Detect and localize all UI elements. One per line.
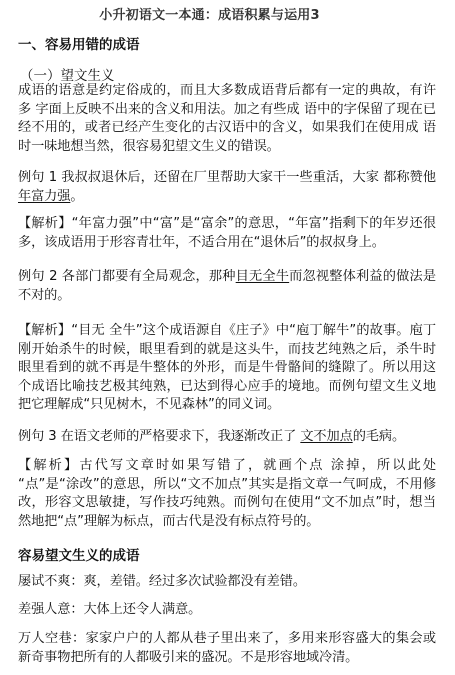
analysis-3: 【解析】古代写文章时如果写错了，就画个点 涂掉，所以此处 “点”是“涂改”的意思… [18, 457, 436, 531]
example-1-suffix: 。 [70, 189, 83, 204]
example-3-idiom: 文不加点 [300, 429, 352, 444]
analysis-3-text: 古代写文章时如果写错了，就画个点 涂掉，所以此处 “点”是“涂改”的意思，所以“… [18, 458, 436, 529]
analysis-1-text: “年富力强”中“富”是“富余”的意思，“年富”指剩下的年岁还很多，该成语用于形容… [18, 216, 436, 250]
analysis-2: 【解析】“目无 全牛”这个成语源自《庄子》中“庖丁解牛”的故事。庖丁刚开始杀牛的… [18, 322, 436, 415]
example-3-text: 例句 3 在语文老师的严格要求下，我逐渐改正了 [18, 429, 300, 444]
example-2-idiom: 目无全牛 [236, 269, 290, 284]
example-2: 例句 2 各部门都要有全局观念，那种目无全牛而忽视整体利益的做法是不对的。 [18, 268, 436, 305]
analysis-1: 【解析】“年富力强”中“富”是“富余”的意思，“年富”指剩下的年岁还很多，该成语… [18, 215, 436, 252]
idiom-entry-1-definition: 爽，差错。经过多次试验都没有差错。 [83, 574, 306, 589]
idiom-entry-2-definition: 大体上还令人满意。 [83, 602, 201, 617]
analysis-2-label: 【解析】 [18, 323, 71, 338]
idiom-entry-1-term: 屡试不爽： [18, 574, 83, 589]
analysis-1-label: 【解析】 [18, 216, 72, 231]
analysis-3-label: 【解析】 [18, 458, 79, 473]
section-heading-commonly-misused-idioms: 一、容易用错的成语 [18, 33, 140, 53]
subsection-heading-wangwenshengyi: （一）望文生义 [20, 64, 115, 84]
idiom-entry-3-term: 万人空巷： [18, 631, 85, 646]
example-1: 例句 1 我叔叔退休后，还留在厂里帮助大家干一些重活，大家 都称赞他年富力强。 [18, 169, 436, 206]
intro-paragraph: 成语的语意是约定俗成的，而且大多数成语背后都有一定的典故，有许多 字面上反映不出… [18, 82, 436, 156]
section-heading-easily-misread-idioms: 容易望文生义的成语 [18, 544, 140, 564]
idiom-entry-3: 万人空巷：家家户户的人都从巷子里出来了，多用来形容盛大的集会或新奇事物把所有的人… [18, 630, 436, 667]
document-title: 小升初语文一本通：成语积累与运用3 [0, 4, 437, 23]
idiom-entry-2-term: 差强人意： [18, 602, 83, 617]
analysis-2-text: “目无 全牛”这个成语源自《庄子》中“庖丁解牛”的故事。庖丁刚开始杀牛的时候，眼… [18, 323, 436, 412]
example-1-text: 例句 1 我叔叔退休后，还留在厂里帮助大家干一些重活，大家 都称赞他 [18, 170, 436, 185]
example-3: 例句 3 在语文老师的严格要求下，我逐渐改正了 文不加点的毛病。 [18, 428, 436, 447]
example-2-text: 例句 2 各部门都要有全局观念，那种 [18, 269, 236, 284]
idiom-entry-1: 屡试不爽：爽，差错。经过多次试验都没有差错。 [18, 573, 436, 592]
example-3-suffix: 的毛病。 [353, 429, 405, 444]
idiom-entry-2: 差强人意：大体上还令人满意。 [18, 601, 436, 620]
example-1-idiom: 年富力强 [18, 189, 70, 204]
